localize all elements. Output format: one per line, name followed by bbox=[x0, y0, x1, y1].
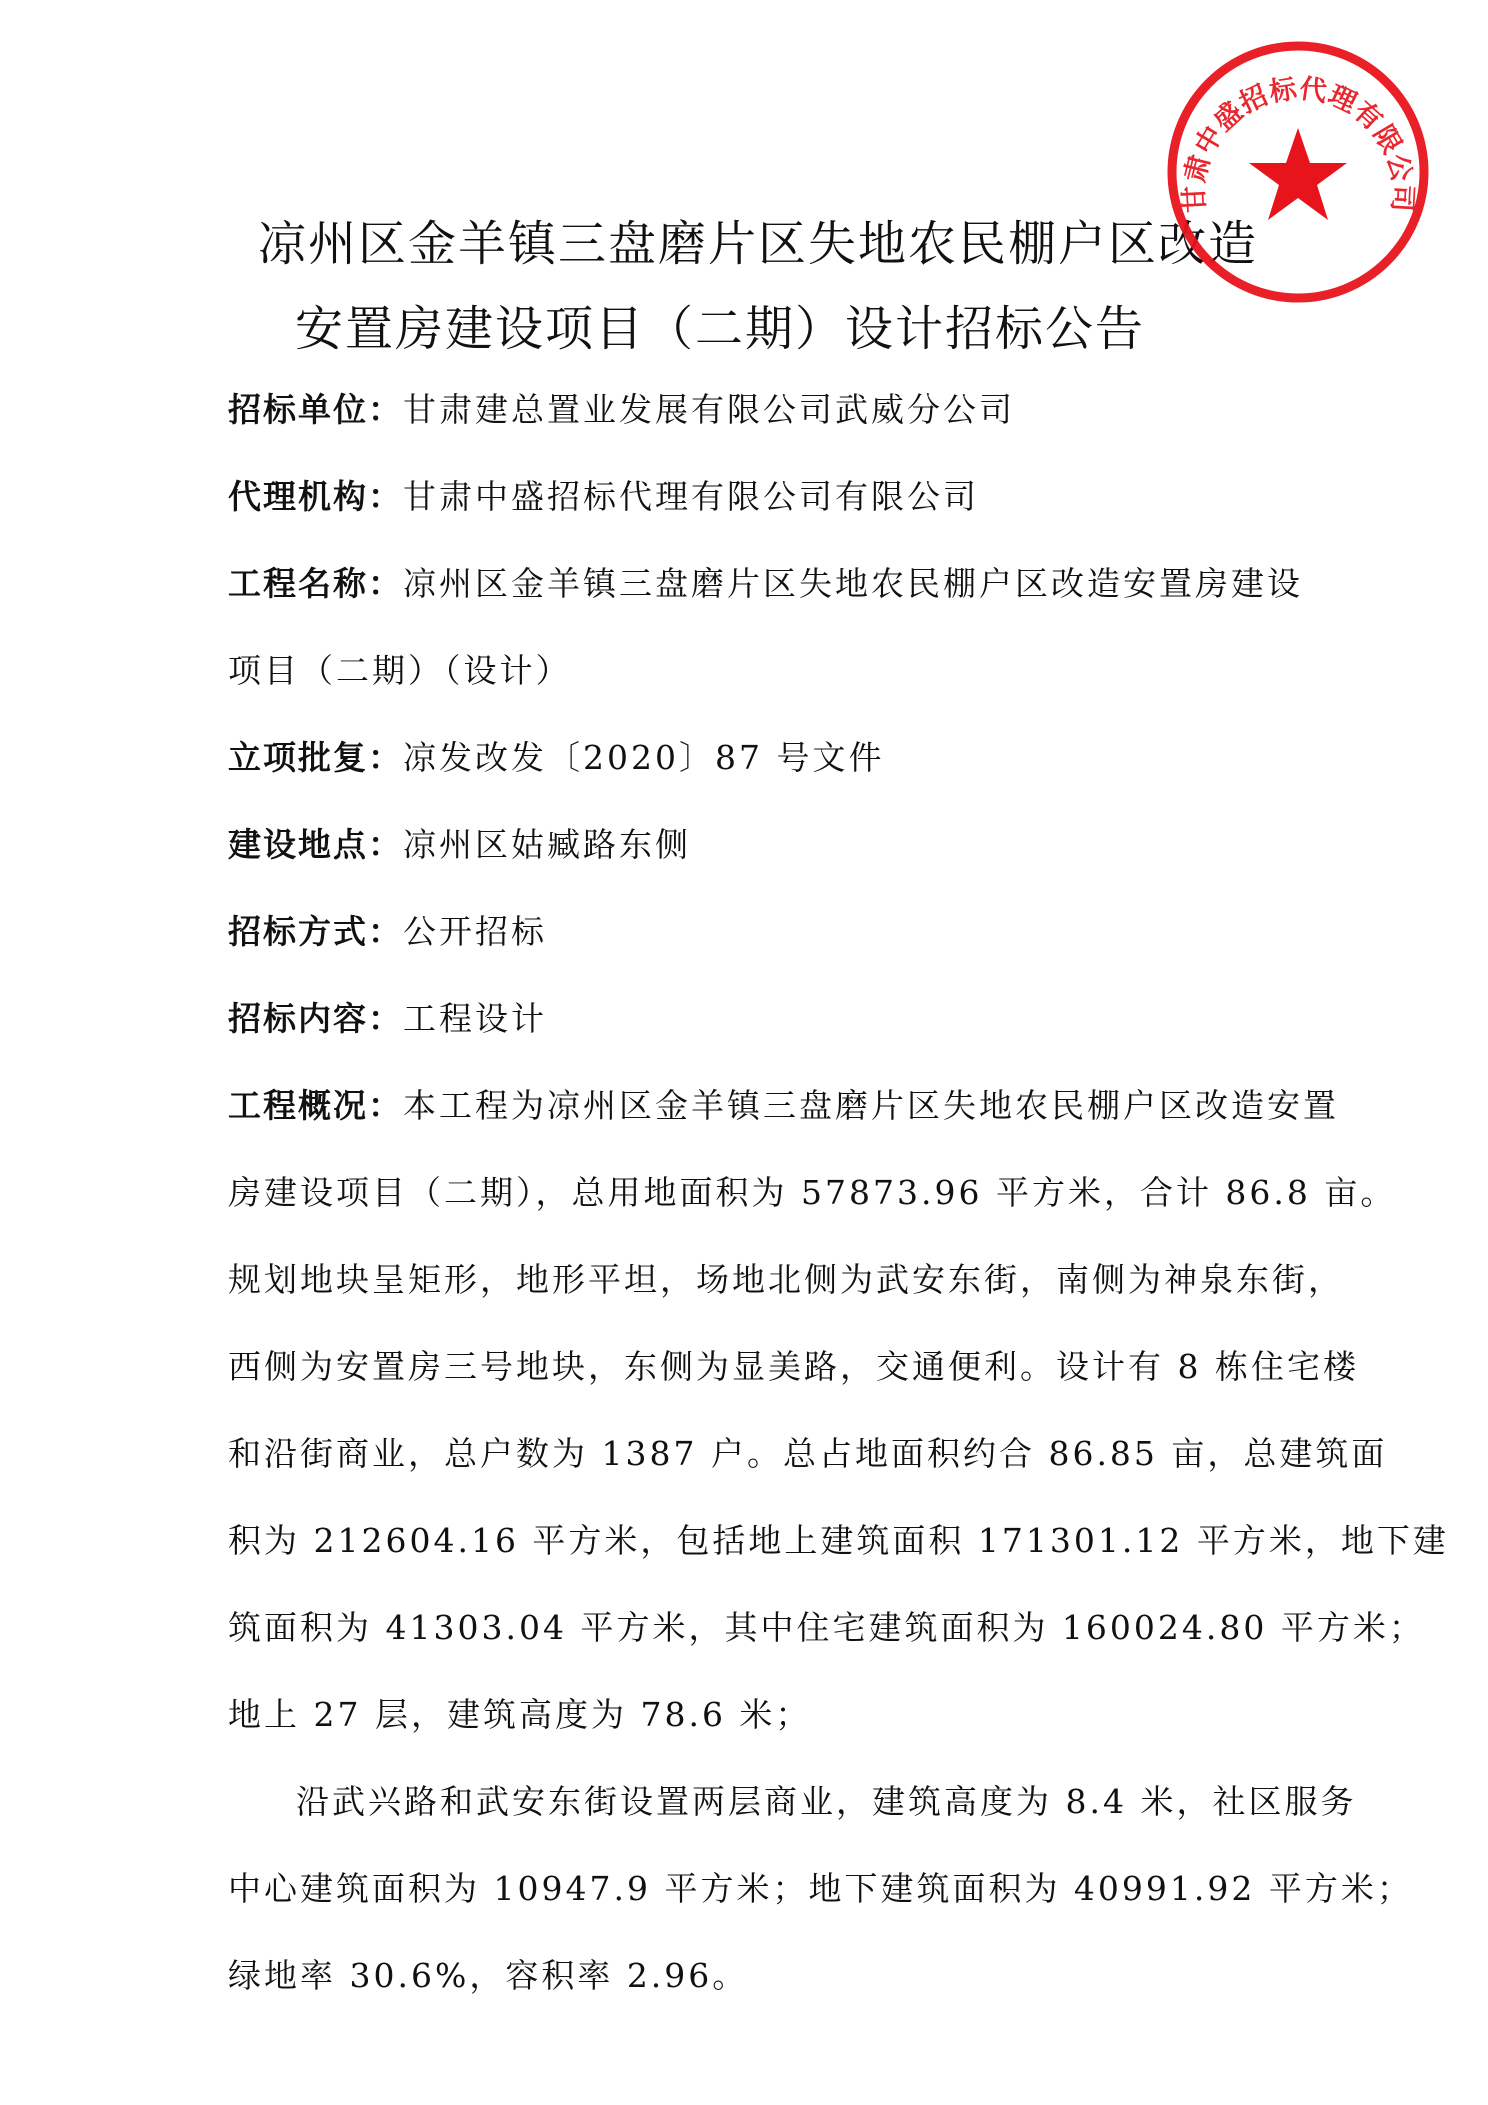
overview-paragraph2-line: 绿地率 30.6%，容积率 2.96。 bbox=[228, 1956, 748, 1996]
overview-line: 工程概况：本工程为凉州区金羊镇三盘磨片区失地农民棚户区改造安置 bbox=[228, 1086, 1339, 1126]
field-label: 工程名称： bbox=[228, 564, 403, 603]
field-agency: 代理机构：甘肃中盛招标代理有限公司有限公司 bbox=[228, 477, 979, 517]
field-label: 立项批复： bbox=[228, 738, 403, 777]
overview-text: 本工程为凉州区金羊镇三盘磨片区失地农民棚户区改造安置 bbox=[403, 1086, 1339, 1125]
field-bidding-unit: 招标单位：甘肃建总置业发展有限公司武威分公司 bbox=[228, 390, 1015, 430]
overview-line: 西侧为安置房三号地块，东侧为显美路，交通便利。设计有 8 栋住宅楼 bbox=[228, 1347, 1359, 1387]
field-value: 凉州区姑臧路东侧 bbox=[403, 825, 691, 864]
official-seal-stamp: 甘肃中盛招标代理有限公司 bbox=[1160, 40, 1435, 305]
field-label: 代理机构： bbox=[228, 477, 403, 516]
overview-line: 房建设项目（二期），总用地面积为 57873.96 平方米，合计 86.8 亩。 bbox=[228, 1173, 1396, 1213]
field-location: 建设地点：凉州区姑臧路东侧 bbox=[228, 825, 691, 865]
overview-label: 工程概况： bbox=[228, 1086, 403, 1125]
field-value: 甘肃建总置业发展有限公司武威分公司 bbox=[403, 390, 1015, 429]
field-label: 招标单位： bbox=[228, 390, 403, 429]
field-bidding-method: 招标方式：公开招标 bbox=[228, 912, 547, 952]
overview-line: 地上 27 层，建筑高度为 78.6 米； bbox=[228, 1695, 811, 1735]
field-value: 甘肃中盛招标代理有限公司有限公司 bbox=[403, 477, 979, 516]
field-label: 招标内容： bbox=[228, 999, 403, 1038]
field-project-name: 工程名称：凉州区金羊镇三盘磨片区失地农民棚户区改造安置房建设 bbox=[228, 564, 1303, 604]
star-icon bbox=[1249, 128, 1347, 220]
field-value: 凉州区金羊镇三盘磨片区失地农民棚户区改造安置房建设 bbox=[403, 564, 1303, 603]
overview-line: 筑面积为 41303.04 平方米，其中住宅建筑面积为 160024.80 平方… bbox=[228, 1608, 1425, 1648]
field-approval: 立项批复：凉发改发〔2020〕87 号文件 bbox=[228, 738, 884, 778]
field-bidding-content: 招标内容：工程设计 bbox=[228, 999, 547, 1039]
field-value: 工程设计 bbox=[403, 999, 547, 1038]
field-value: 公开招标 bbox=[403, 912, 547, 951]
overview-paragraph2-line: 中心建筑面积为 10947.9 平方米；地下建筑面积为 40991.92 平方米… bbox=[228, 1869, 1413, 1909]
field-label: 建设地点： bbox=[228, 825, 403, 864]
field-value: 凉发改发〔2020〕87 号文件 bbox=[403, 738, 884, 777]
field-label: 招标方式： bbox=[228, 912, 403, 951]
field-project-name-continuation: 项目（二期）（设计） bbox=[228, 651, 572, 691]
overview-paragraph2-line: 沿武兴路和武安东街设置两层商业，建筑高度为 8.4 米，社区服务 bbox=[296, 1782, 1356, 1822]
overview-line: 积为 212604.16 平方米，包括地上建筑面积 171301.12 平方米，… bbox=[228, 1521, 1449, 1561]
overview-line: 规划地块呈矩形，地形平坦，场地北侧为武安东街，南侧为神泉东街， bbox=[228, 1260, 1344, 1300]
overview-line: 和沿街商业，总户数为 1387 户。总占地面积约合 86.85 亩，总建筑面 bbox=[228, 1434, 1387, 1474]
